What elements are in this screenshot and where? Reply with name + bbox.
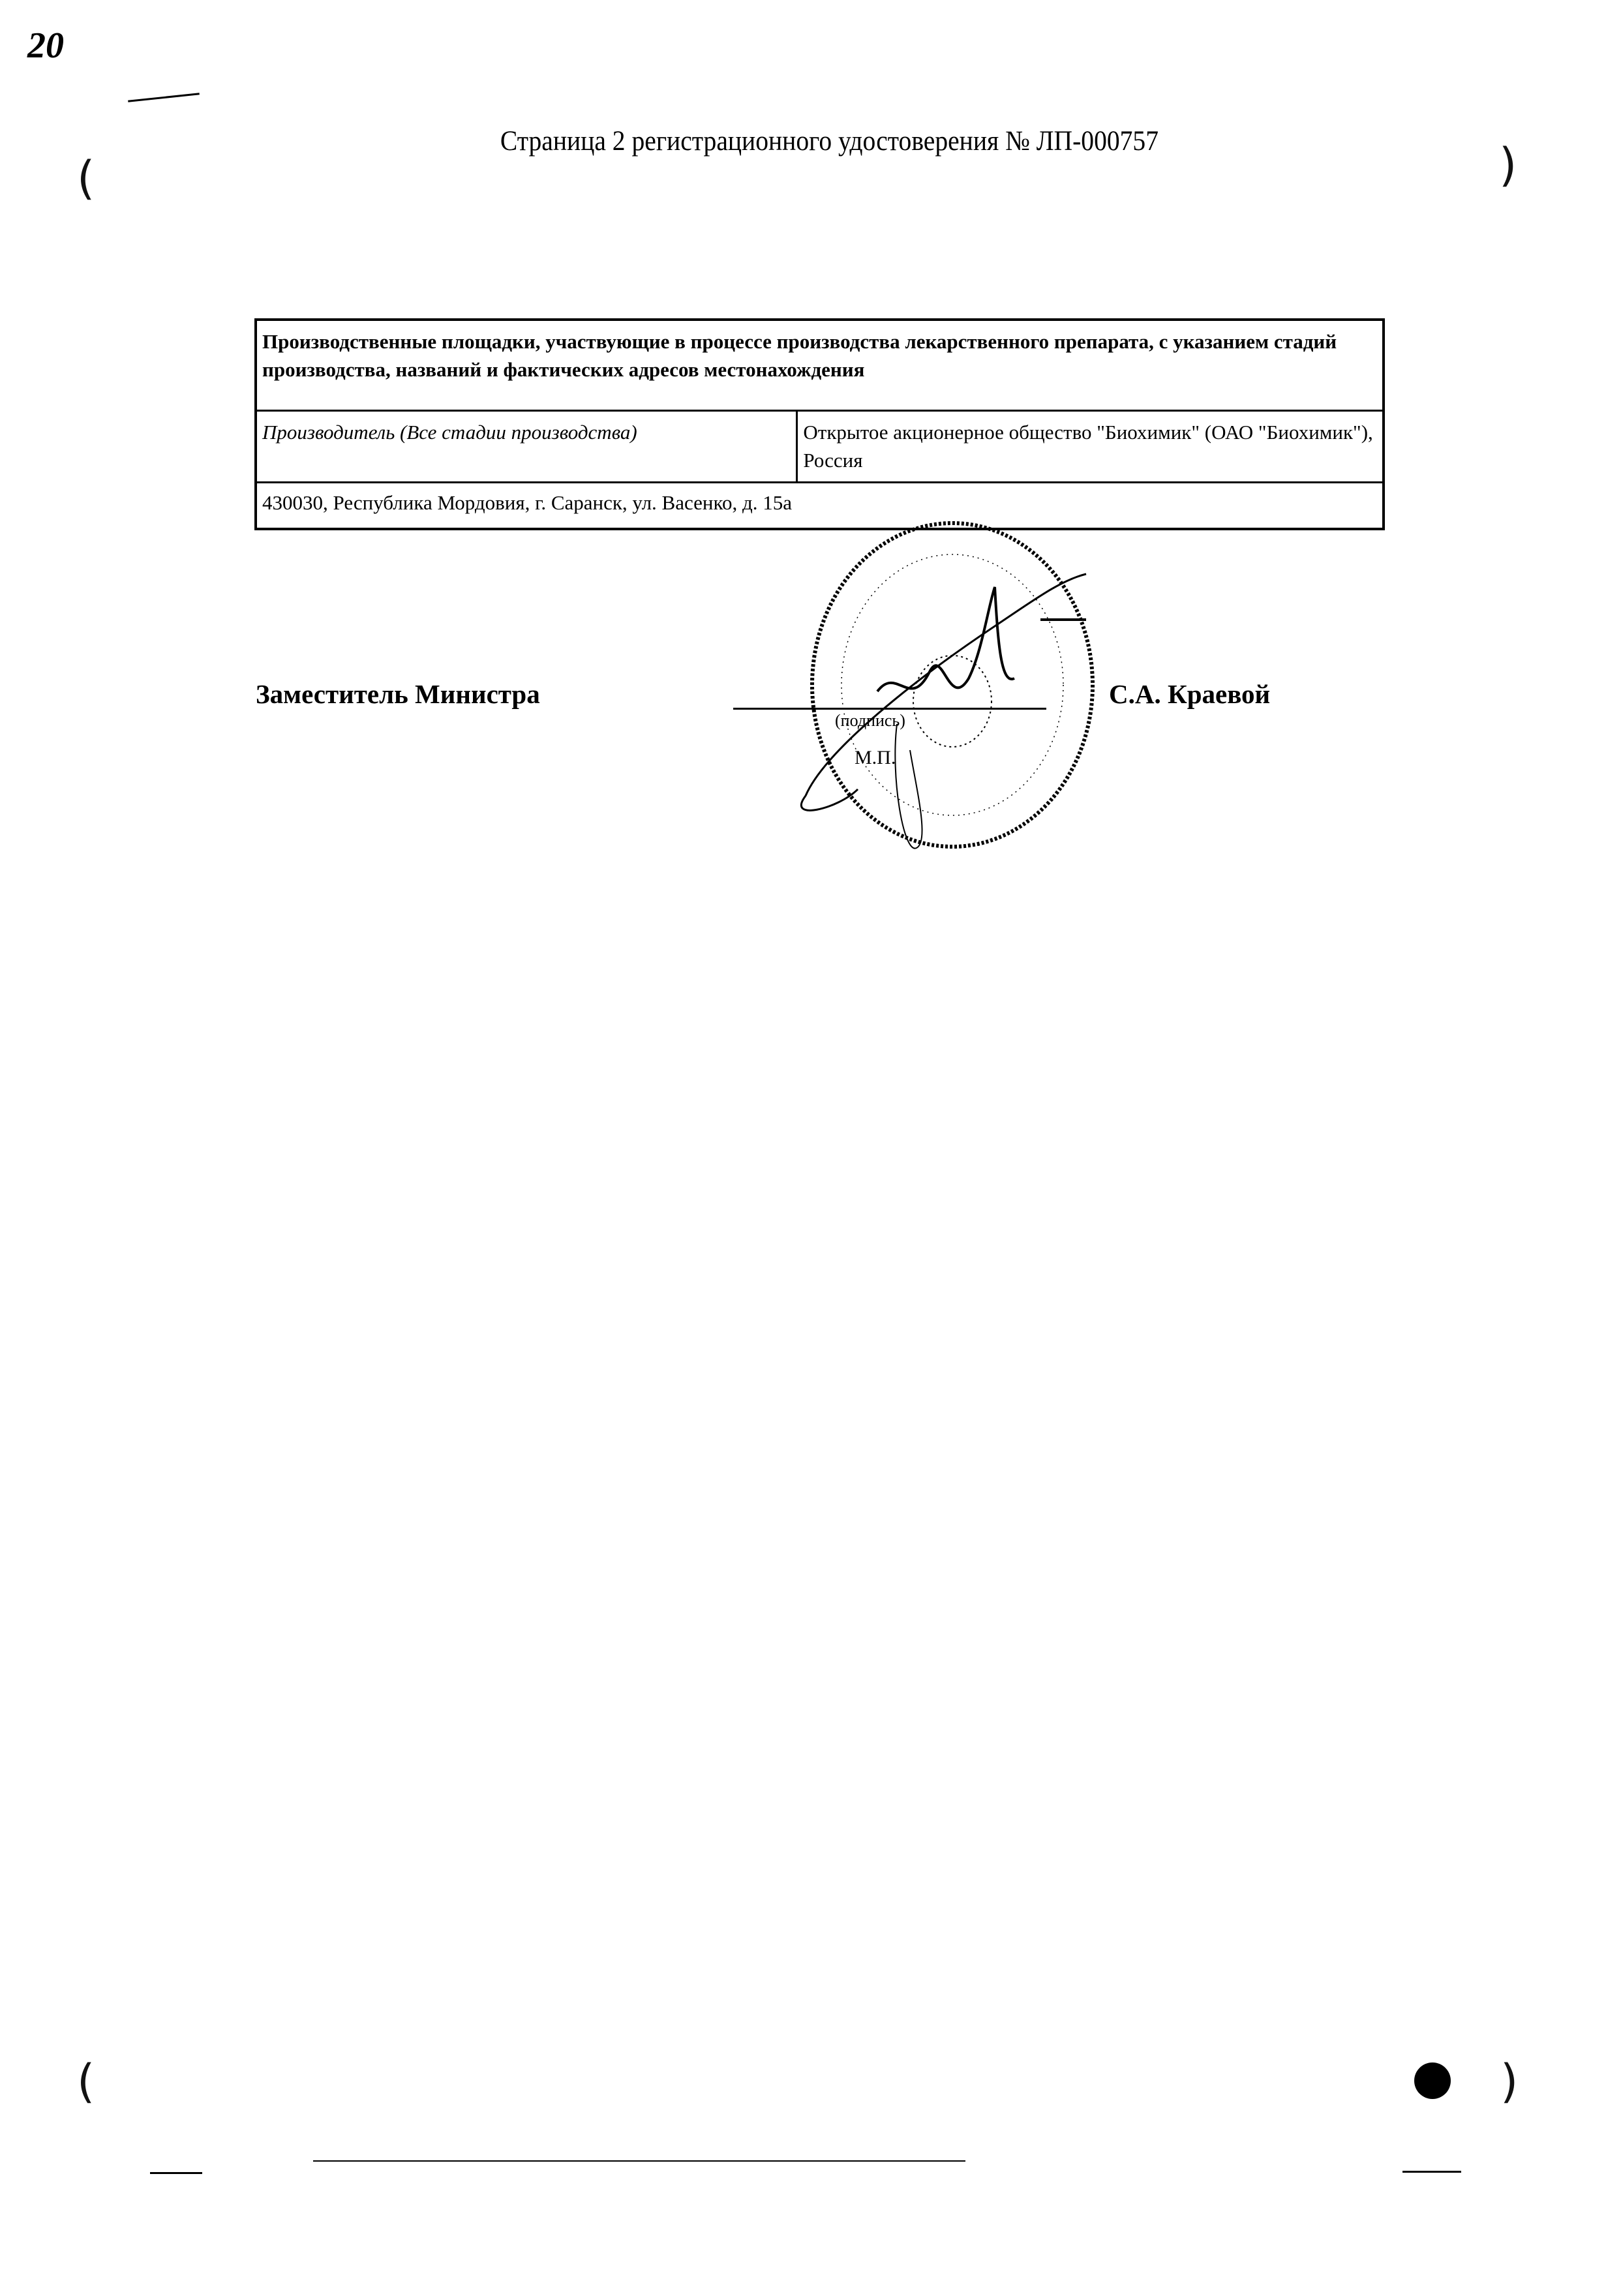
scan-artifact (128, 93, 200, 102)
official-stamp-icon (799, 515, 1106, 854)
stamp-label: М.П. (855, 747, 896, 769)
page-title: Страница 2 регистрационного удостоверени… (0, 125, 1606, 157)
scan-artifact (313, 2160, 965, 2162)
production-sites-table: Производственные площадки, участвующие в… (254, 318, 1385, 530)
manufacturer-role: Производитель (Все стадии производства) (256, 411, 797, 483)
scan-margin-mark: ( (77, 2055, 95, 2108)
manufacturer-organization: Открытое акционерное общество "Биохимик"… (797, 411, 1384, 483)
signature-caption: (подпись) (835, 711, 905, 731)
scan-margin-mark: ( (77, 151, 95, 205)
handwritten-page-number: 20 (27, 25, 64, 67)
table-row: Производитель (Все стадии производства) … (256, 411, 1384, 483)
scan-artifact (150, 2172, 202, 2174)
signature-line (733, 708, 1046, 710)
signer-position: Заместитель Министра (256, 678, 540, 710)
scan-artifact (1402, 2171, 1461, 2173)
scan-hole-punch-mark (1414, 2062, 1451, 2099)
signer-name: С.А. Краевой (1109, 678, 1270, 710)
scan-margin-mark: ) (1500, 2055, 1518, 2108)
table-header: Производственные площадки, участвующие в… (256, 320, 1384, 411)
